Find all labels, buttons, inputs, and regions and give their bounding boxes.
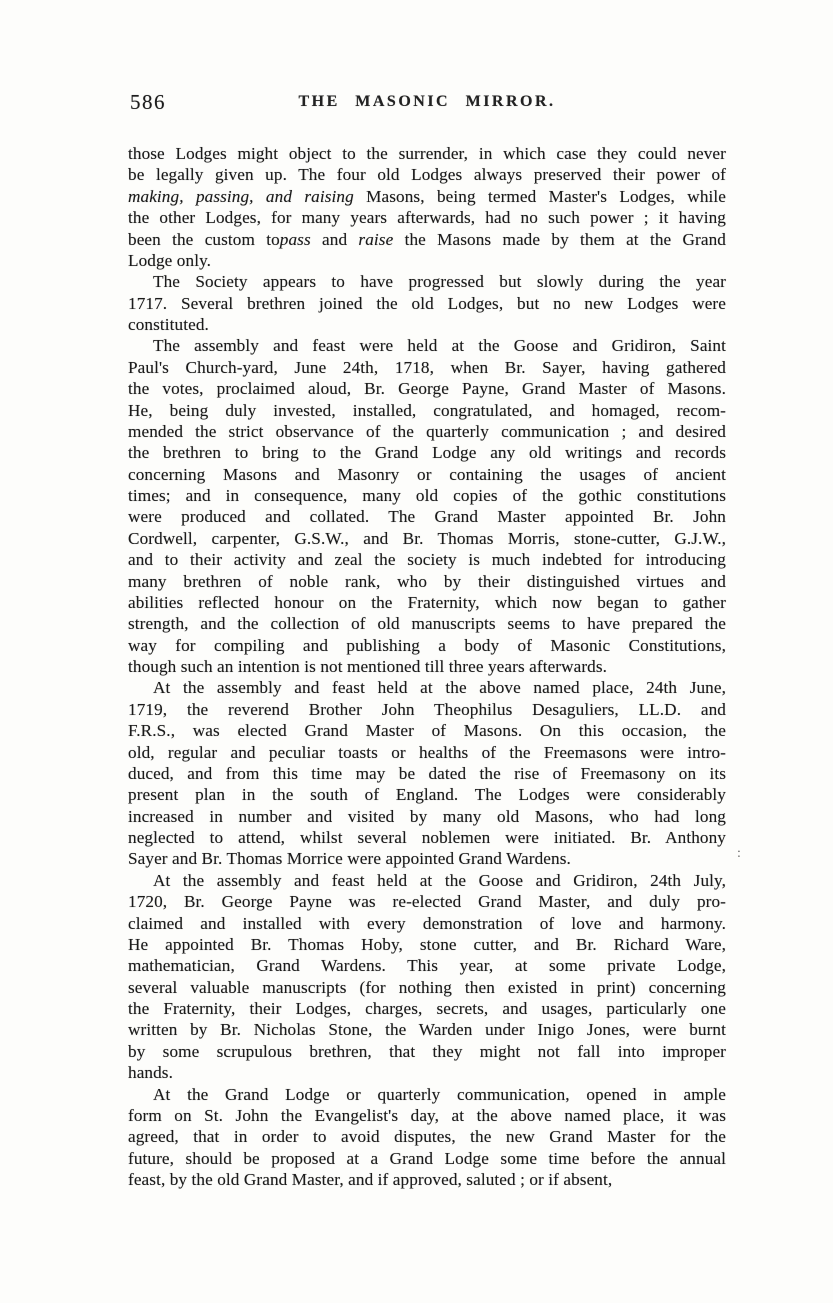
text-line: agreed, that in order to avoid disputes,… bbox=[128, 1126, 726, 1147]
text-line: old, regular and peculiar toasts or heal… bbox=[128, 742, 726, 763]
text-line: mathematician, Grand Wardens. This year,… bbox=[128, 955, 726, 976]
text-line: hands. bbox=[128, 1062, 726, 1083]
text-line: making, passing, and raising Masons, bei… bbox=[128, 186, 726, 207]
paragraph: those Lodges might object to the surrend… bbox=[128, 143, 726, 271]
text-line: He appointed Br. Thomas Hoby, stone cutt… bbox=[128, 934, 726, 955]
paragraph: At the assembly and feast held at the Go… bbox=[128, 870, 726, 1084]
text-line: Sayer and Br. Thomas Morrice were appoin… bbox=[128, 848, 726, 869]
text-line: written by Br. Nicholas Stone, the Warde… bbox=[128, 1019, 726, 1040]
text-line: the votes, proclaimed aloud, Br. George … bbox=[128, 378, 726, 399]
text-line: the brethren to bring to the Grand Lodge… bbox=[128, 442, 726, 463]
text-line: mended the strict observance of the quar… bbox=[128, 421, 726, 442]
scanned-book-page: 586 THE MASONIC MIRROR. those Lodges mig… bbox=[0, 0, 833, 1303]
paragraph: The Society appears to have progressed b… bbox=[128, 271, 726, 335]
text-line: been the custom topass and raise the Mas… bbox=[128, 229, 726, 250]
text-column: those Lodges might object to the surrend… bbox=[128, 143, 726, 1190]
text-line: Cordwell, carpenter, G.S.W., and Br. Tho… bbox=[128, 528, 726, 549]
text-line: 1720, Br. George Payne was re-elected Gr… bbox=[128, 891, 726, 912]
text-line: The Society appears to have progressed b… bbox=[128, 271, 726, 292]
scan-artifact-mark: : bbox=[737, 846, 741, 862]
text-line: He, being duly invested, installed, cong… bbox=[128, 400, 726, 421]
text-line: those Lodges might object to the surrend… bbox=[128, 143, 726, 164]
text-line: duced, and from this time may be dated t… bbox=[128, 763, 726, 784]
text-line: Paul's Church-yard, June 24th, 1718, whe… bbox=[128, 357, 726, 378]
text-line: The assembly and feast were held at the … bbox=[128, 335, 726, 356]
text-line: Lodge only. bbox=[128, 250, 726, 271]
text-line: neglected to attend, whilst several nobl… bbox=[128, 827, 726, 848]
text-line: abilities reflected honour on the Frater… bbox=[128, 592, 726, 613]
text-line: several valuable manuscripts (for nothin… bbox=[128, 977, 726, 998]
text-line: future, should be proposed at a Grand Lo… bbox=[128, 1148, 726, 1169]
text-line: present plan in the south of England. Th… bbox=[128, 784, 726, 805]
paragraph: At the assembly and feast held at the ab… bbox=[128, 677, 726, 869]
text-line: the Fraternity, their Lodges, charges, s… bbox=[128, 998, 726, 1019]
text-line: concerning Masons and Masonry or contain… bbox=[128, 464, 726, 485]
text-line: and to their activity and zeal the socie… bbox=[128, 549, 726, 570]
text-line: by some scrupulous brethren, that they m… bbox=[128, 1041, 726, 1062]
text-line: were produced and collated. The Grand Ma… bbox=[128, 506, 726, 527]
paragraph: At the Grand Lodge or quarterly communic… bbox=[128, 1084, 726, 1191]
text-line: 1717. Several brethren joined the old Lo… bbox=[128, 293, 726, 314]
text-line: feast, by the old Grand Master, and if a… bbox=[128, 1169, 726, 1190]
text-line: times; and in consequence, many old copi… bbox=[128, 485, 726, 506]
text-line: be legally given up. The four old Lodges… bbox=[128, 164, 726, 185]
text-line: way for compiling and publishing a body … bbox=[128, 635, 726, 656]
text-line: At the assembly and feast held at the Go… bbox=[128, 870, 726, 891]
text-line: though such an intention is not mentione… bbox=[128, 656, 726, 677]
text-line: F.R.S., was elected Grand Master of Maso… bbox=[128, 720, 726, 741]
text-line: 1719, the reverend Brother John Theophil… bbox=[128, 699, 726, 720]
text-line: strength, and the collection of old manu… bbox=[128, 613, 726, 634]
text-line: constituted. bbox=[128, 314, 726, 335]
text-line: increased in number and visited by many … bbox=[128, 806, 726, 827]
text-line: form on St. John the Evangelist's day, a… bbox=[128, 1105, 726, 1126]
text-line: At the assembly and feast held at the ab… bbox=[128, 677, 726, 698]
text-line: At the Grand Lodge or quarterly communic… bbox=[128, 1084, 726, 1105]
text-line: claimed and installed with every demonst… bbox=[128, 913, 726, 934]
text-line: many brethren of noble rank, who by thei… bbox=[128, 571, 726, 592]
text-line: the other Lodges, for many years afterwa… bbox=[128, 207, 726, 228]
paragraph: The assembly and feast were held at the … bbox=[128, 335, 726, 677]
page-header: 586 THE MASONIC MIRROR. bbox=[128, 90, 726, 120]
running-title: THE MASONIC MIRROR. bbox=[128, 93, 726, 111]
